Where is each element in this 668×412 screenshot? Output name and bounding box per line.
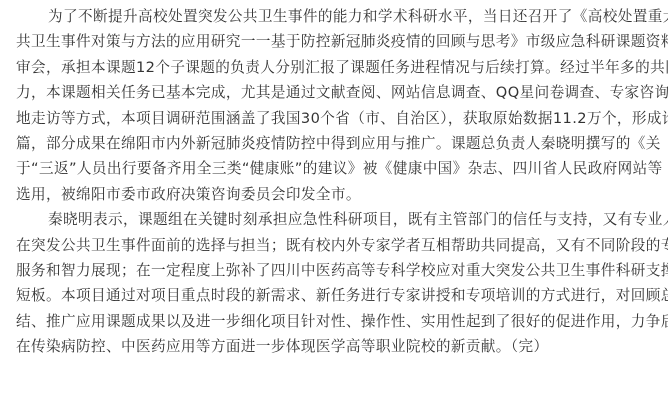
text-line: 服务和智力展现；在一定程度上弥补了四川中医药高等专科学校应对重大突发公共卫生事件… [16, 258, 656, 283]
text-line: 地走访等方式，本项目调研范围涵盖了我国30个省（市、自治区），获取原始数据11.… [16, 106, 656, 131]
text-line: 在传染病防控、中医药应用等方面进一步体现医学高等职业院校的新贡献。（完） [16, 334, 656, 359]
text-line: 力，本课题相关任务已基本完成，尤其是通过文献查阅、网站信息调查、QQ星问卷调查、… [16, 80, 656, 105]
text-line: 选用，被绵阳市委市政府决策咨询委员会印发全市。 [16, 182, 656, 207]
article-body: 为了不断提升高校处置突发公共卫生事件的能力和学术科研水平，当日还召开了《高校处置… [16, 4, 656, 359]
text-line: 结、推广应用课题成果以及进一步细化项目针对性、操作性、实用性起到了很好的促进作用… [16, 309, 656, 334]
paragraph-1: 为了不断提升高校处置突发公共卫生事件的能力和学术科研水平，当日还召开了《高校处置… [16, 4, 656, 207]
text-line: 短板。本项目通过对项目重点时段的新需求、新任务进行专家讲授和专项培训的方式进行，… [16, 283, 656, 308]
text-line: 于“三返”人员出行要备齐用全三类“健康账”的建议》被《健康中国》杂志、四川省人民… [16, 156, 656, 181]
text-line: 为了不断提升高校处置突发公共卫生事件的能力和学术科研水平，当日还召开了《高校处置… [16, 4, 656, 29]
text-line: 共卫生事件对策与方法的应用研究一一基于防控新冠肺炎疫情的回顾与思考》市级应急科研… [16, 29, 656, 54]
paragraph-2: 秦晓明表示，课题组在关键时刻承担应急性科研项目，既有主管部门的信任与支持，又有专… [16, 207, 656, 359]
text-line: 审会，承担本课题12个子课题的负责人分别汇报了课题任务进程情况与后续打算。经过半… [16, 55, 656, 80]
text-line: 篇，部分成果在绵阳市内外新冠肺炎疫情防控中得到应用与推广。课题总负责人秦晓明撰写… [16, 131, 656, 156]
text-line: 秦晓明表示，课题组在关键时刻承担应急性科研项目，既有主管部门的信任与支持，又有专… [16, 207, 656, 232]
text-line: 在突发公共卫生事件面前的选择与担当；既有校内外专家学者互相帮助共同提高，又有不同… [16, 233, 656, 258]
